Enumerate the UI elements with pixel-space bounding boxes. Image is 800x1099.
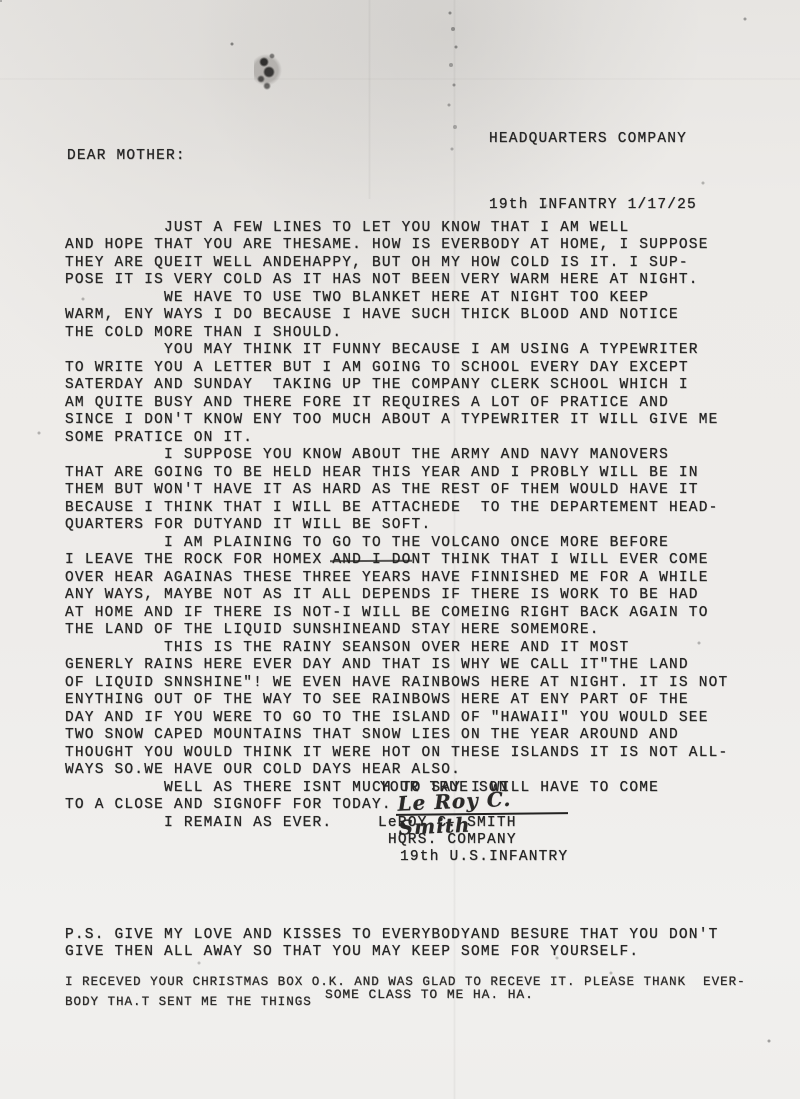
body-line: GENERLY RAINS HERE EVER DAY AND THAT IS …: [65, 657, 728, 675]
body-line: ANY WAYS, MAYBE NOT AS IT ALL DEPENDS IF…: [65, 587, 728, 605]
body-line: TWO SNOW CAPED MOUNTAINS THAT SNOW LIES …: [65, 727, 728, 745]
body-line: SOME PRATICE ON IT.: [65, 430, 728, 448]
body-line: SINCE I DON'T KNOW ENY TOO MUCH ABOUT A …: [65, 412, 728, 430]
body-line: QUARTERS FOR DUTYAND IT WILL BE SOFT.: [65, 517, 728, 535]
body-line: THIS IS THE RAINY SEANSON OVER HERE AND …: [65, 640, 728, 658]
paper-crease-horizontal: [0, 78, 800, 80]
body-line: THAT ARE GOING TO BE HELD HEAR THIS YEAR…: [65, 465, 728, 483]
typed-name: LeROY C. SMITH: [378, 815, 517, 833]
letter-body: JUST A FEW LINES TO LET YOU KNOW THAT I …: [65, 167, 728, 832]
salutation: DEAR MOTHER:: [67, 148, 186, 166]
body-line: THEM BUT WON'T HAVE IT AS HARD AS THE RE…: [65, 482, 728, 500]
body-line: BECAUSE I THINK THAT I WILL BE ATTACHEDE…: [65, 500, 728, 518]
body-line: ENYTHING OUT OF THE WAY TO SEE RAINBOWS …: [65, 692, 728, 710]
body-line: WAYS SO.WE HAVE OUR COLD DAYS HEAR ALSO.: [65, 762, 728, 780]
body-line: WE HAVE TO USE TWO BLANKET HERE AT NIGHT…: [65, 290, 728, 308]
body-line: I LEAVE THE ROCK FOR HOMEX AND I DONT TH…: [65, 552, 728, 570]
closing-unit-company: HQRS. COMPANY: [388, 832, 517, 850]
footnote-line: SOME CLASS TO ME HA. HA.: [325, 986, 534, 1004]
ink-blotch: [254, 48, 284, 92]
scan-speckles: [0, 0, 2, 2]
body-line: JUST A FEW LINES TO LET YOU KNOW THAT I …: [65, 220, 728, 238]
body-line: THE COLD MORE THAN I SHOULD.: [65, 325, 728, 343]
body-line: I SUPPOSE YOU KNOW ABOUT THE ARMY AND NA…: [65, 447, 728, 465]
body-line: POSE IT IS VERY COLD AS IT HAS NOT BEEN …: [65, 272, 728, 290]
body-line: I AM PLAINING TO GO TO THE VOLCANO ONCE …: [65, 535, 728, 553]
body-line: AM QUITE BUSY AND THERE FORE IT REQUIRES…: [65, 395, 728, 413]
body-line: AT HOME AND IF THERE IS NOT-I WILL BE CO…: [65, 605, 728, 623]
body-line: YOU MAY THINK IT FUNNY BECAUSE I AM USIN…: [65, 342, 728, 360]
scanned-letter-page: HEADQUARTERS COMPANY 19th INFANTRY 1/17/…: [0, 0, 800, 1099]
body-line: OVER HEAR AGAINAS THESE THREE YEARS HAVE…: [65, 570, 728, 588]
body-line: THOUGHT YOU WOULD THINK IT WERE HOT ON T…: [65, 745, 728, 763]
body-line: WARM, ENY WAYS I DO BECAUSE I HAVE SUCH …: [65, 307, 728, 325]
body-line: THE LAND OF THE LIQUID SUNSHINEAND STAY …: [65, 622, 728, 640]
body-line: AND HOPE THAT YOU ARE THESAME. HOW IS EV…: [65, 237, 728, 255]
body-line: THEY ARE QUEIT WELL ANDEHAPPY, BUT OH MY…: [65, 255, 728, 273]
letterhead-company: HEADQUARTERS COMPANY: [489, 128, 697, 150]
body-line: TO WRITE YOU A LETTER BUT I AM GOING TO …: [65, 360, 728, 378]
body-line: SATERDAY AND SUNDAY TAKING UP THE COMPAN…: [65, 377, 728, 395]
body-line: DAY AND IF YOU WERE TO GO TO THE ISLAND …: [65, 710, 728, 728]
closing-unit-infantry: 19th U.S.INFANTRY: [400, 849, 568, 867]
body-line: OF LIQUID SNNSHINE"! WE EVEN HAVE RAINBO…: [65, 675, 728, 693]
